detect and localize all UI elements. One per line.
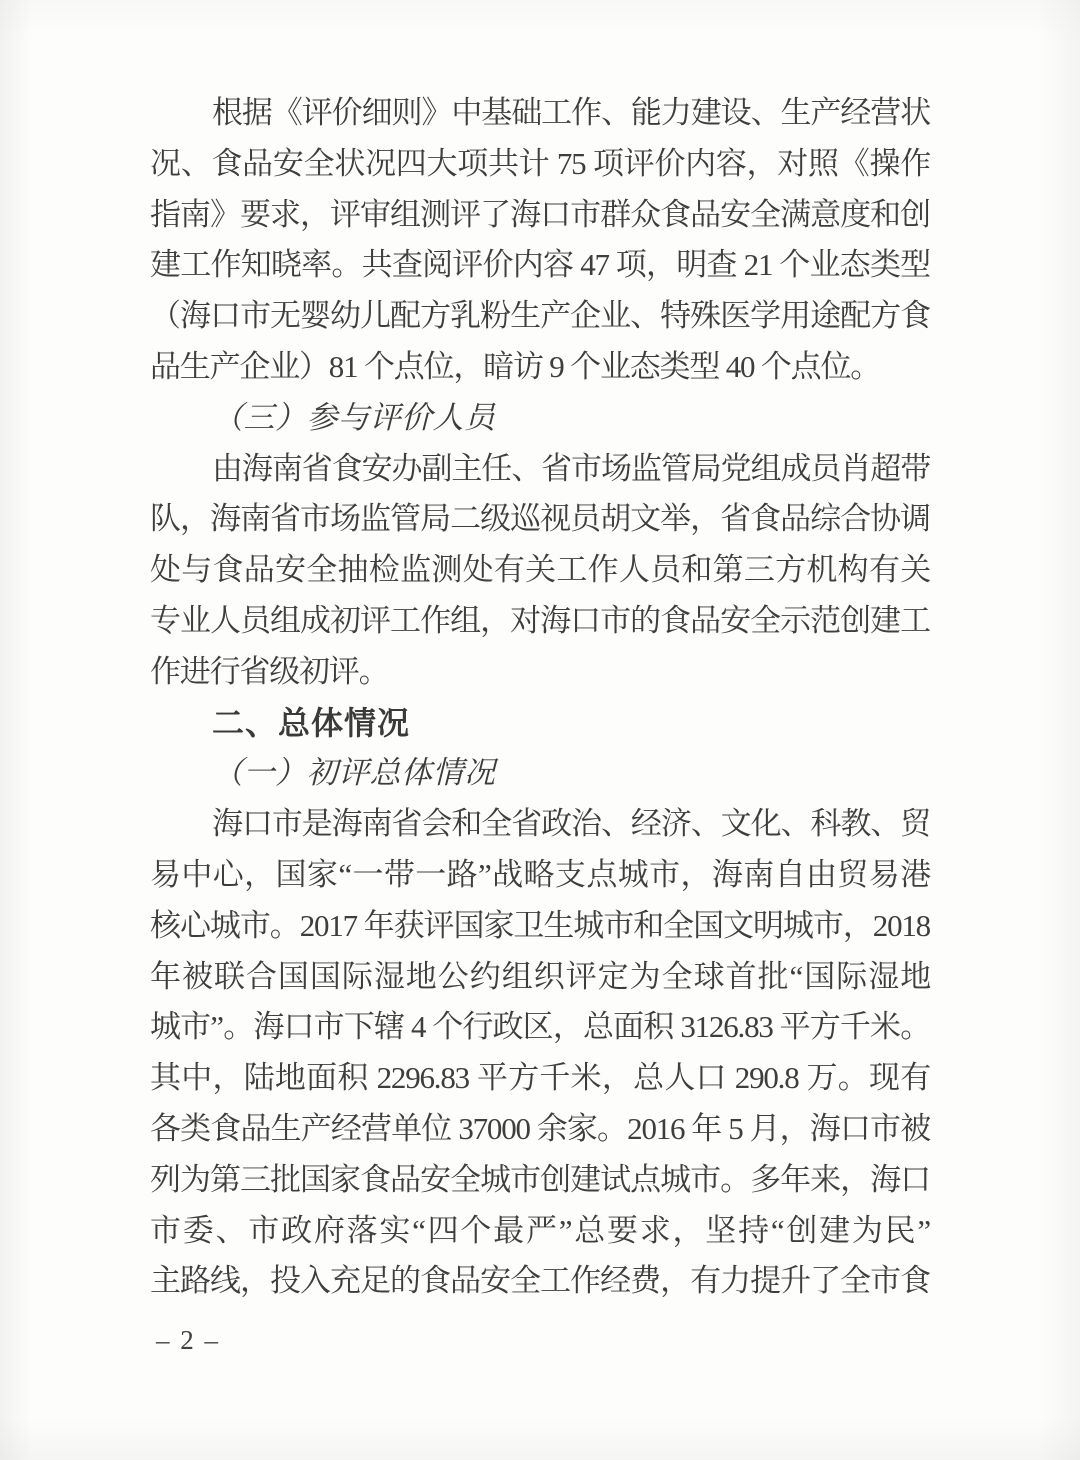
text-line: 城市”。海口市下辖 4 个行政区，总面积 3126.83 平方千米。 — [150, 1002, 930, 1053]
text-line: 由海南省食安办副主任、省市场监管局党组成员肖超带 — [150, 444, 930, 495]
sub-heading: （一）初评总体情况 — [150, 748, 930, 799]
text-line: 易中心，国家“一带一路”战略支点城市，海南自由贸易港 — [150, 850, 930, 901]
document-body: 根据《评价细则》中基础工作、能力建设、生产经营状况、食品安全状况四大项共计 75… — [150, 88, 930, 1307]
text-line: 海口市是海南省会和全省政治、经济、文化、科教、贸 — [150, 799, 930, 850]
text-line: 主路线，投入充足的食品安全工作经费，有力提升了全市食 — [150, 1256, 930, 1307]
text-line: 市委、市政府落实“四个最严”总要求，坚持“创建为民” — [150, 1206, 930, 1257]
text-line: 指南》要求，评审组测评了海口市群众食品安全满意度和创 — [150, 190, 930, 241]
text-line: 况、食品安全状况四大项共计 75 项评价内容，对照《操作 — [150, 139, 930, 190]
text-line: 核心城市。2017 年获评国家卫生城市和全国文明城市，2018 — [150, 901, 930, 952]
text-line: 品生产企业）81 个点位，暗访 9 个业态类型 40 个点位。 — [150, 342, 930, 393]
text-line: 年被联合国国际湿地公约组织评定为全球首批“国际湿地 — [150, 952, 930, 1003]
text-line: （海口市无婴幼儿配方乳粉生产企业、特殊医学用途配方食 — [150, 291, 930, 342]
sub-heading: （三）参与评价人员 — [150, 393, 930, 444]
text-line: 列为第三批国家食品安全城市创建试点城市。多年来，海口 — [150, 1155, 930, 1206]
text-line: 建工作知晓率。共查阅评价内容 47 项，明查 21 个业态类型 — [150, 240, 930, 291]
text-line: 根据《评价细则》中基础工作、能力建设、生产经营状 — [150, 88, 930, 139]
scanned-document: { "document": { "page_number": "– 2 –", … — [0, 0, 1080, 1460]
page-number: – 2 – — [156, 1325, 220, 1356]
text-line: 作进行省级初评。 — [150, 647, 930, 698]
text-line: 专业人员组成初评工作组，对海口市的食品安全示范创建工 — [150, 596, 930, 647]
text-line: 处与食品安全抽检监测处有关工作人员和第三方机构有关 — [150, 545, 930, 596]
text-line: 其中，陆地面积 2296.83 平方千米，总人口 290.8 万。现有 — [150, 1053, 930, 1104]
document-page: 根据《评价细则》中基础工作、能力建设、生产经营状况、食品安全状况四大项共计 75… — [0, 0, 1080, 1460]
text-line: 各类食品生产经营单位 37000 余家。2016 年 5 月，海口市被 — [150, 1104, 930, 1155]
section-heading: 二、总体情况 — [150, 698, 930, 749]
text-line: 队，海南省市场监管局二级巡视员胡文举，省食品综合协调 — [150, 494, 930, 545]
